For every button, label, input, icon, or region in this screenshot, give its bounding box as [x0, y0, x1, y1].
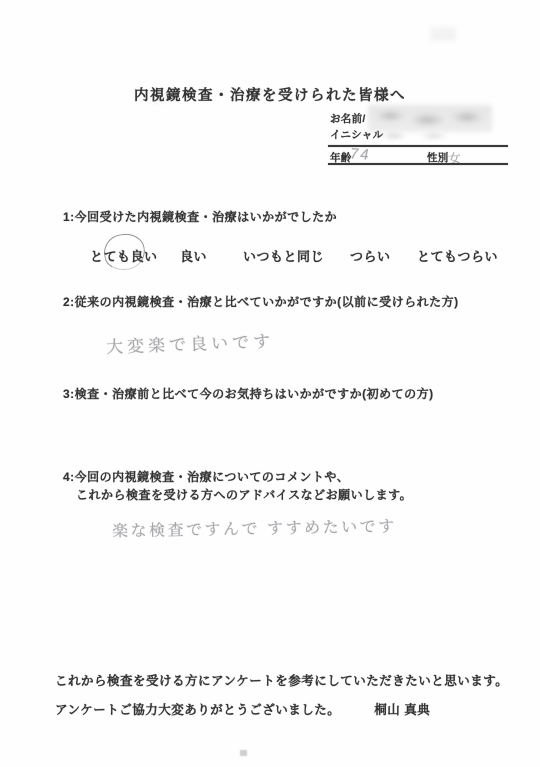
footer-thanks-text: アンケートご協力大変ありがとうございました。	[55, 703, 340, 717]
footer-line2: アンケートご協力大変ありがとうございました。桐山 真典	[55, 700, 430, 718]
question-2-label: 2:従来の内視鏡検査・治療と比べていかがですか(以前に受けられた方)	[63, 293, 459, 310]
q1-option-same-as-usual: いつもと同じ	[243, 246, 324, 265]
question-1-label: 1:今回受けた内視鏡検査・治療はいかがでしたか	[63, 208, 337, 225]
redacted-name-value	[368, 105, 492, 132]
page-title: 内視鏡検査・治療を受けられた皆様へ	[0, 84, 540, 105]
footer-line1: これから検査を受ける方にアンケートを参考にしていただきたいと思います。	[55, 671, 508, 689]
question-4-label-line1: 4:今回の内視鏡検査・治療についてのコメントや、	[63, 468, 349, 485]
q1-option-hard: つらい	[350, 246, 391, 265]
q1-option-very-hard: とてもつらい	[417, 246, 498, 265]
scan-artifact	[240, 750, 247, 756]
age-handwritten-value: 74	[348, 145, 372, 163]
question-2-handwritten-answer: 大変楽で良いです	[106, 327, 275, 358]
question-4-label-line2: これから検査を受ける方へのアドバイスなどお願いします。	[76, 486, 412, 503]
scan-artifact	[430, 27, 456, 41]
scanned-questionnaire-page: 内視鏡検査・治療を受けられた皆様へ お名前/ イニシャル 年齢 74 性別 女 …	[0, 0, 540, 767]
selected-option-circle-icon	[101, 231, 148, 274]
question-4-handwritten-answer: 楽な検査ですんで すすめたいです	[112, 514, 397, 542]
redacted-initial-value	[372, 129, 460, 143]
q1-option-good: 良い	[180, 246, 207, 265]
name-label-line1: お名前/	[330, 111, 366, 126]
doctor-signature: 桐山 真典	[374, 703, 430, 717]
question-3-label: 3:検査・治療前と比べて今のお気持ちはいかがですか(初めての方)	[63, 385, 434, 402]
age-field-underline	[328, 163, 508, 165]
